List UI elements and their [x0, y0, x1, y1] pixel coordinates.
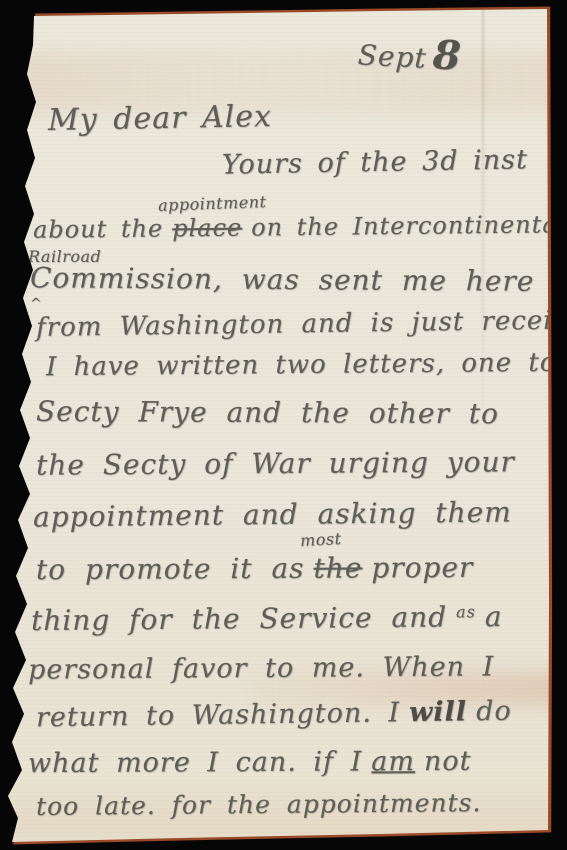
- line13-text: what more I can. if I: [28, 746, 362, 779]
- letter-sheet: Sept8 My dear Alex Yours of the 3d inst …: [0, 0, 567, 850]
- handwritten-letter: Sept8 My dear Alex Yours of the 3d inst …: [0, 0, 567, 850]
- line12-heavy-word: will: [409, 696, 467, 728]
- line9-struck-word: the: [313, 551, 362, 584]
- line12-text: return to Washington. I: [36, 697, 400, 733]
- salutation: My dear Alex: [48, 99, 272, 138]
- letter-line-12: return to Washington. Iwilldo: [36, 696, 512, 734]
- line2-struck-word: place: [172, 214, 242, 243]
- date-month: Sept: [357, 38, 428, 75]
- line10-text: thing for the Service and: [31, 600, 447, 637]
- line13-underlined-word: am: [371, 746, 415, 777]
- letter-line-8: appointment and asking them: [33, 495, 512, 533]
- letter-line-13: what more I can. if Iamnot: [28, 746, 472, 779]
- photo-stage: Sept8 My dear Alex Yours of the 3d inst …: [0, 0, 567, 850]
- letter-line-9: to promote it astheproper: [36, 551, 474, 586]
- letter-line-3: Commission, was sent me here: [30, 261, 535, 298]
- insertion-most: most: [300, 529, 342, 550]
- line10-text-after: a: [485, 600, 503, 633]
- letter-line-5: I have written two letters, one to: [46, 348, 557, 382]
- line9-text-after: proper: [371, 551, 473, 585]
- line12-text-after: do: [476, 696, 512, 727]
- letter-line-10: thing for the Service andasa: [31, 600, 503, 637]
- letter-line-6: Secty Frye and the other to: [36, 395, 499, 430]
- letter-line-4: from Washington and is just received: [36, 305, 567, 343]
- insertion-as: as: [456, 602, 476, 621]
- date-day: 8: [432, 31, 463, 79]
- letter-line-11: personal favor to me. When I: [28, 651, 494, 685]
- letter-line-14: too late. for the appointments.: [36, 788, 482, 821]
- line2-text: about the: [33, 214, 163, 243]
- line13-text-after: not: [424, 746, 472, 777]
- letter-line-1: Yours of the 3d inst: [222, 144, 528, 180]
- letter-line-2: about theplaceon the Intercontinental: [33, 210, 567, 244]
- line9-text: to promote it as: [36, 552, 305, 586]
- letter-line-7: the Secty of War urging your: [36, 445, 515, 481]
- line2-text-after: on the Intercontinental: [251, 210, 566, 241]
- date-line: Sept8: [357, 27, 463, 79]
- caret-mark: ^: [30, 296, 43, 312]
- insertion-appointment: appointment: [158, 192, 267, 215]
